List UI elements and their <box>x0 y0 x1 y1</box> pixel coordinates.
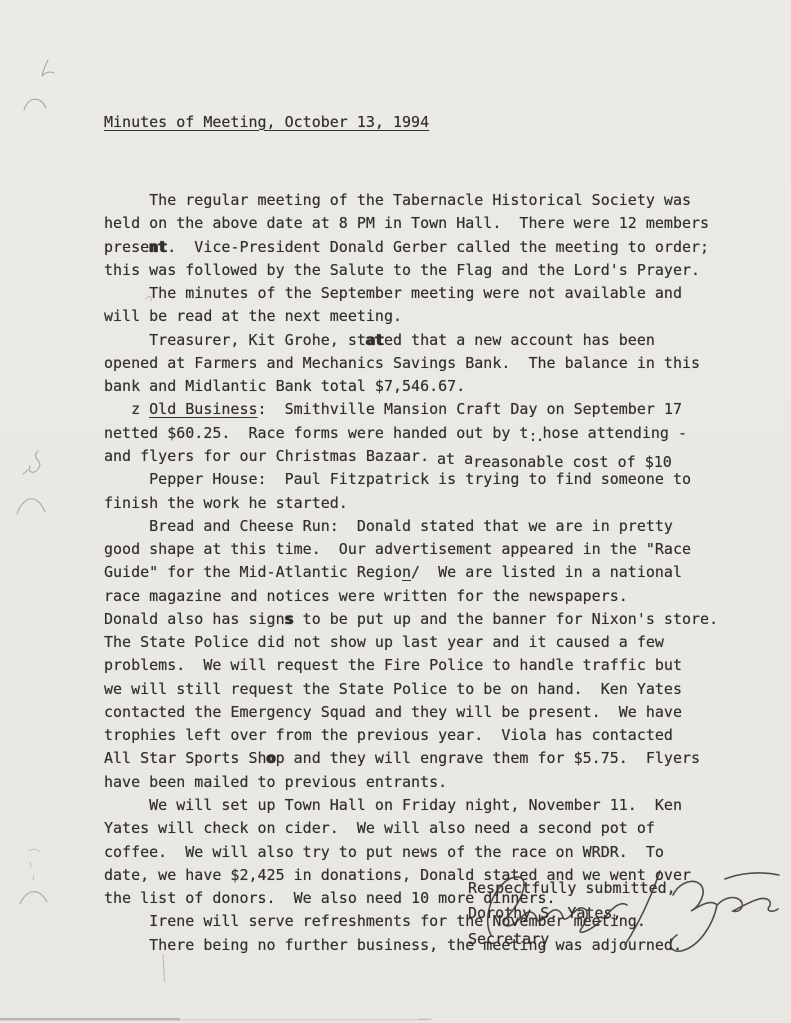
text-segment: held on the above date at 8 PM in Town H… <box>104 214 709 232</box>
typewritten-body: Minutes of Meeting, October 13, 1994 The… <box>104 64 718 1003</box>
text-segment: netted $60.25. Race forms were handed ou… <box>104 424 528 442</box>
typewritten-line: race magazine and notices were written f… <box>104 585 718 608</box>
typewritten-line: held on the above date at 8 PM in Town H… <box>104 212 718 235</box>
typewritten-line: problems. We will request the Fire Polic… <box>104 654 718 677</box>
text-segment: Treasurer, Kit Grohe, st <box>104 331 366 349</box>
insertion-raised-text: at a <box>437 450 473 468</box>
typewritten-line: this was followed by the Salute to the F… <box>104 259 718 282</box>
typewritten-line: present. Vice-President Donald Gerber ca… <box>104 236 718 259</box>
text-segment: p and they will engrave them for $5.75. … <box>276 749 700 767</box>
text-segment: opened at Farmers and Mechanics Savings … <box>104 354 700 372</box>
text-segment: bank and Midlantic Bank total $7,546.67. <box>104 377 465 395</box>
typewritten-line: The State Police did not show up last ye… <box>104 631 718 654</box>
insertion-text: reasonable cost of $10 <box>473 453 672 471</box>
typewritten-line: Donald also has signs to be put up and t… <box>104 608 718 631</box>
text-segment: We will set up Town Hall on Friday night… <box>104 796 682 814</box>
text-segment: Pepper House: Paul Fitzpatrick is trying… <box>104 470 691 488</box>
pencil-scribble-mid <box>23 451 40 474</box>
text-segment: have been mailed to previous entrants. <box>104 773 447 791</box>
underlined-text: Old Business <box>149 400 257 418</box>
text-segment: hose attending - <box>543 424 688 442</box>
underlined-text: n <box>402 563 411 581</box>
pencil-arc-mid <box>17 499 45 514</box>
text-segment: this was followed by the Salute to the F… <box>104 261 700 279</box>
pencil-check-top <box>42 60 54 76</box>
typewritten-line: The regular meeting of the Tabernacle Hi… <box>104 189 718 212</box>
pencil-mark-bottom <box>29 849 40 880</box>
typewritten-line: opened at Farmers and Mechanics Savings … <box>104 352 718 375</box>
typewritten-line: All Star Sports Shop and they will engra… <box>104 747 718 770</box>
text-segment: trophies left over from the previous yea… <box>104 726 673 744</box>
closing-line: Respectfully submitted, <box>468 876 676 901</box>
typewritten-line: finish the work he started. <box>104 492 718 515</box>
text-segment: we will still request the State Police t… <box>104 680 682 698</box>
text-segment: good shape at this time. Our advertiseme… <box>104 540 691 558</box>
text-segment: Donald also has sign <box>104 610 285 628</box>
text-segment: will be read at the next meeting. <box>104 307 402 325</box>
text-segment: / We are listed in a national <box>411 563 682 581</box>
typewritten-line: Bread and Cheese Run: Donald stated that… <box>104 515 718 538</box>
document-title: Minutes of Meeting, October 13, 1994 <box>104 111 718 134</box>
text-segment: race magazine and notices were written f… <box>104 587 628 605</box>
text-segment: to be put up and the banner for Nixon's … <box>294 610 718 628</box>
overstruck-text: o <box>267 749 276 767</box>
text-segment: The regular meeting of the Tabernacle Hi… <box>104 191 691 209</box>
text-segment: . Vice-President Donald Gerber called th… <box>167 238 709 256</box>
closing-line: Secretary <box>468 927 676 952</box>
typewritten-line: z Old Business: Smithville Mansion Craft… <box>104 398 718 421</box>
text-segment: Bread and Cheese Run: Donald stated that… <box>104 517 673 535</box>
text-segment: The minutes of the September meeting wer… <box>104 284 682 302</box>
typewritten-line: good shape at this time. Our advertiseme… <box>104 538 718 561</box>
text-segment: contacted the Emergency Squad and they w… <box>104 703 682 721</box>
text-segment: finish the work he started. <box>104 494 348 512</box>
typewritten-line: Guide" for the Mid-Atlantic Region/ We a… <box>104 561 718 584</box>
closing-block: Respectfully submitted,Dorothy S. Yates,… <box>468 876 676 952</box>
typewritten-line: have been mailed to previous entrants. <box>104 771 718 794</box>
typewritten-line: bank and Midlantic Bank total $7,546.67. <box>104 375 718 398</box>
overstruck-text: nt <box>149 238 167 256</box>
text-segment: Guide" for the Mid-Atlantic Regio <box>104 563 402 581</box>
typewritten-line: netted $60.25. Race forms were handed ou… <box>104 422 718 445</box>
typewritten-line: contacted the Emergency Squad and they w… <box>104 701 718 724</box>
typewritten-line: trophies left over from the previous yea… <box>104 724 718 747</box>
text-segment: All Star Sports Sh <box>104 749 267 767</box>
text-segment: problems. We will request the Fire Polic… <box>104 656 682 674</box>
pencil-arc-bottom <box>20 892 47 904</box>
typewritten-line: we will still request the State Police t… <box>104 678 718 701</box>
text-segment: Yates will check on cider. We will also … <box>104 819 655 837</box>
typewritten-line: Yates will check on cider. We will also … <box>104 817 718 840</box>
text-segment: z <box>104 400 149 418</box>
pencil-arc-top <box>24 99 46 110</box>
typewritten-line: coffee. We will also try to put news of … <box>104 841 718 864</box>
closing-line: Dorothy S. Yates, <box>468 901 676 926</box>
typewritten-line: The minutes of the September meeting wer… <box>104 282 718 305</box>
stray-typed-mark: :. <box>528 427 542 445</box>
scanned-document-page: Minutes of Meeting, October 13, 1994 The… <box>0 0 791 1023</box>
bottom-edge-shadow <box>0 1018 432 1021</box>
text-segment: The State Police did not show up last ye… <box>104 633 664 651</box>
body-lines: The regular meeting of the Tabernacle Hi… <box>104 189 718 957</box>
typewritten-line: Pepper House: Paul Fitzpatrick is trying… <box>104 468 718 491</box>
text-segment: : Smithville Mansion Craft Day on Septem… <box>258 400 682 418</box>
text-segment: ed that a new account has been <box>384 331 655 349</box>
typewritten-line: will be read at the next meeting. <box>104 305 718 328</box>
text-segment: coffee. We will also try to put news of … <box>104 843 664 861</box>
overstruck-text: s <box>285 610 294 628</box>
text-segment: prese <box>104 238 149 256</box>
interline-insertion: at areasonable cost of $10 <box>437 452 672 467</box>
overstruck-text: at <box>366 331 384 349</box>
typewritten-line: We will set up Town Hall on Friday night… <box>104 794 718 817</box>
text-segment: and flyers for our Christmas Bazaar. <box>104 447 429 465</box>
typewritten-line: Treasurer, Kit Grohe, stated that a new … <box>104 329 718 352</box>
